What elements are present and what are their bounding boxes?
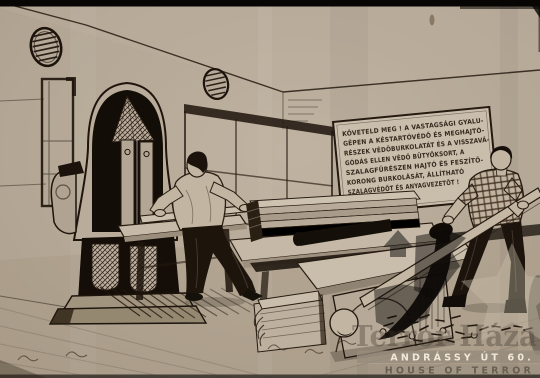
photo-stain bbox=[430, 15, 435, 26]
watermark-captions: Terror Háza ANDRÁSSY ÚT 60. HOUSE OF TER… bbox=[352, 319, 540, 377]
watermark-address: ANDRÁSSY ÚT 60. bbox=[390, 352, 534, 364]
workshop-illustration: KÖVETELD MEG ! A VASTAGSÁGI GYALU- GÉPEN… bbox=[0, 0, 540, 378]
curved-board-pile bbox=[254, 291, 326, 352]
watermark-title: Terror Háza bbox=[352, 319, 537, 353]
archival-photo: KÖVETELD MEG ! A VASTAGSÁGI GYALU- GÉPEN… bbox=[0, 0, 540, 378]
dark-board-end bbox=[293, 232, 303, 246]
